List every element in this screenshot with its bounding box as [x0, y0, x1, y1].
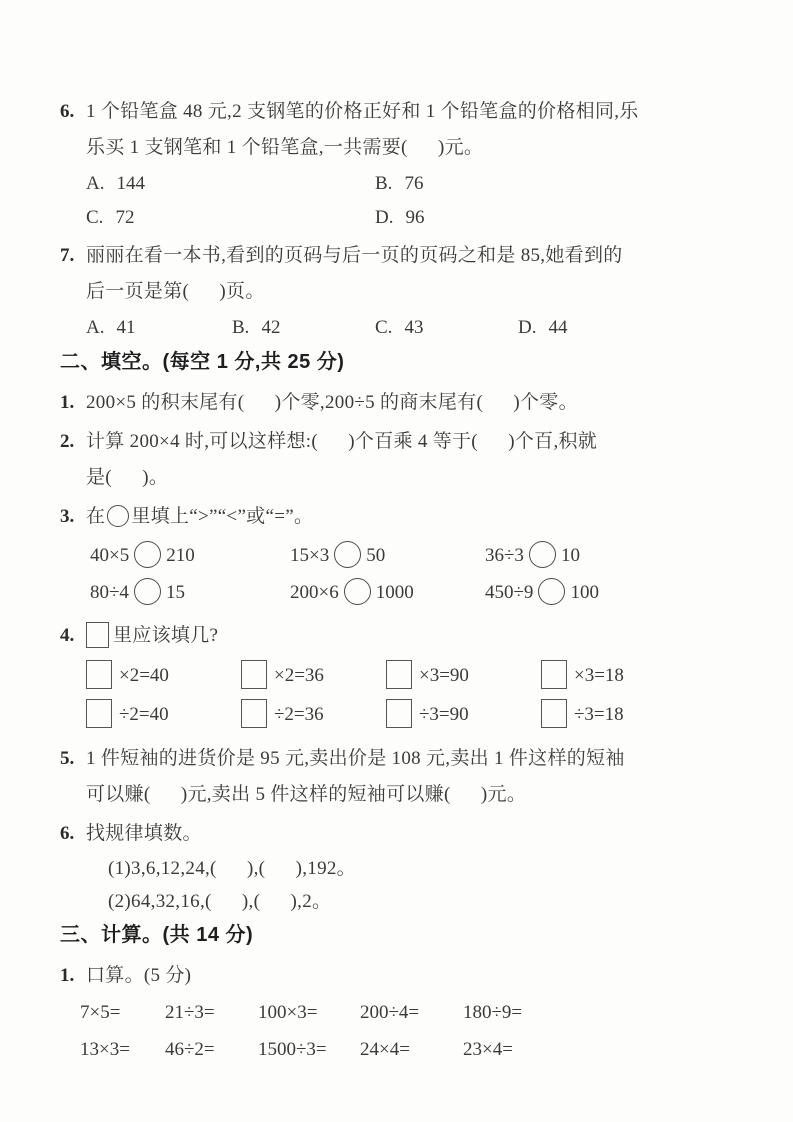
option-value: 42 [261, 317, 280, 338]
option-label: B. [232, 317, 249, 338]
question-text-line: 在里填上“>”“<”或“=”。 [86, 499, 723, 535]
left-expression: 15×3 [290, 545, 329, 566]
left-expression: 450÷9 [485, 582, 533, 603]
question-body: 里应该填几?×2=40×2=36×3=90×3=18÷2=40÷2=36÷3=9… [86, 618, 723, 738]
question-body: 口算。(5 分)7×5=21÷3=100×3=200÷4=180÷9=13×3=… [86, 958, 723, 1068]
calc-question-list: 1.口算。(5 分)7×5=21÷3=100×3=200÷4=180÷9=13×… [60, 958, 723, 1068]
question-body: 丽丽在看一本书,看到的页码与后一页的页码之和是 85,她看到的后一页是第( )页… [86, 238, 723, 345]
question-body: 计算 200×4 时,可以这样想:( )个百乘 4 等于( )个百,积就是( )… [86, 424, 723, 496]
left-expression: 36÷3 [485, 545, 524, 566]
question-body: 1 件短袖的进货价是 95 元,卖出价是 108 元,卖出 1 件这样的短袖可以… [86, 741, 723, 813]
fill-question: 2.计算 200×4 时,可以这样想:( )个百乘 4 等于( )个百,积就是(… [60, 424, 723, 496]
fill-box-icon [86, 622, 109, 648]
comparison-circle-icon [107, 505, 129, 527]
option-label: C. [375, 317, 392, 338]
arithmetic-expression: 100×3= [258, 994, 360, 1031]
question-number: 2. [60, 424, 86, 496]
question-text-line: 丽丽在看一本书,看到的页码与后一页的页码之和是 85,她看到的 [86, 238, 723, 274]
worksheet-page: 6.1 个铅笔盒 48 元,2 支钢笔的价格正好和 1 个铅笔盒的价格相同,乐乐… [0, 0, 793, 1122]
comparison-item: 200×61000 [290, 574, 485, 611]
question-number: 4. [60, 618, 86, 738]
question-text-line: 是( )。 [86, 460, 723, 496]
fill-box-item: ×2=40 [86, 656, 241, 695]
question-number: 6. [60, 816, 86, 918]
option-label: A. [86, 173, 104, 194]
option-value: 76 [404, 173, 423, 194]
option: C.72 [86, 201, 375, 235]
comparison-item: 450÷9100 [485, 574, 723, 611]
option-label: C. [86, 207, 103, 228]
arithmetic-expression: 21÷3= [165, 994, 258, 1031]
header-pre-text: 在 [86, 506, 105, 527]
fill-question: 1.200×5 的积末尾有( )个零,200÷5 的商末尾有( )个零。 [60, 385, 723, 421]
fill-box-grid: ×2=40×2=36×3=90×3=18÷2=40÷2=36÷3=90÷3=18 [86, 656, 723, 734]
option-value: 43 [404, 317, 423, 338]
comparison-item: 40×5210 [90, 537, 290, 574]
equation-text: ×2=40 [119, 665, 169, 686]
question-text-line: 1 件短袖的进货价是 95 元,卖出价是 108 元,卖出 1 件这样的短袖 [86, 741, 723, 777]
choice-question: 7.丽丽在看一本书,看到的页码与后一页的页码之和是 85,她看到的后一页是第( … [60, 238, 723, 345]
question-body: 找规律填数。(1)3,6,12,24,( ),( ),192。(2)64,32,… [86, 816, 723, 918]
fill-box-icon [86, 660, 112, 689]
question-body: 1 个铅笔盒 48 元,2 支钢笔的价格正好和 1 个铅笔盒的价格相同,乐乐买 … [86, 94, 723, 235]
right-value: 100 [570, 582, 599, 603]
question-number: 3. [60, 499, 86, 615]
comparison-circle-icon [134, 578, 161, 605]
fill-question: 5.1 件短袖的进货价是 95 元,卖出价是 108 元,卖出 1 件这样的短袖… [60, 741, 723, 813]
fill-box-item: ×3=18 [541, 656, 723, 695]
question-body: 200×5 的积末尾有( )个零,200÷5 的商末尾有( )个零。 [86, 385, 723, 421]
equation-text: ×3=90 [419, 665, 469, 686]
arithmetic-expression: 13×3= [80, 1031, 165, 1068]
option: C.43 [375, 311, 518, 345]
arithmetic-expression: 180÷9= [463, 994, 723, 1031]
fill-section-heading: 二、填空。(每空 1 分,共 25 分) [60, 349, 723, 375]
option-label: B. [375, 173, 392, 194]
comparison-item: 80÷415 [90, 574, 290, 611]
right-value: 10 [561, 545, 580, 566]
option: B.42 [232, 311, 375, 345]
option: D.96 [375, 201, 723, 235]
fill-box-icon [386, 660, 412, 689]
arithmetic-expression: 7×5= [80, 994, 165, 1031]
fill-question: 4.里应该填几?×2=40×2=36×3=90×3=18÷2=40÷2=36÷3… [60, 618, 723, 738]
arithmetic-expression: 23×4= [463, 1031, 723, 1068]
fill-question: 3.在里填上“>”“<”或“=”。40×521015×35036÷31080÷4… [60, 499, 723, 615]
question-text-line: 后一页是第( )页。 [86, 274, 723, 310]
options-row: A.144B.76C.72D.96 [86, 167, 723, 235]
option-label: D. [518, 317, 536, 338]
equation-text: ×2=36 [274, 665, 324, 686]
arithmetic-expression: 1500÷3= [258, 1031, 360, 1068]
question-number: 6. [60, 94, 86, 235]
comparison-circle-icon [529, 541, 556, 568]
comparison-circle-icon [334, 541, 361, 568]
comparison-circle-icon [344, 578, 371, 605]
fill-question-list: 1.200×5 的积末尾有( )个零,200÷5 的商末尾有( )个零。2.计算… [60, 385, 723, 918]
right-value: 1000 [376, 582, 414, 603]
options-row: A.41B.42C.43D.44 [86, 311, 723, 345]
fill-box-icon [86, 699, 112, 728]
fill-box-icon [241, 699, 267, 728]
question-text-line: 200×5 的积末尾有( )个零,200÷5 的商末尾有( )个零。 [86, 385, 723, 421]
option: A.41 [86, 311, 232, 345]
arithmetic-expression: 200÷4= [360, 994, 463, 1031]
right-value: 50 [366, 545, 385, 566]
left-expression: 80÷4 [90, 582, 129, 603]
question-body: 在里填上“>”“<”或“=”。40×521015×35036÷31080÷415… [86, 499, 723, 615]
question-text-line: 找规律填数。 [86, 816, 723, 852]
choice-question-list: 6.1 个铅笔盒 48 元,2 支钢笔的价格正好和 1 个铅笔盒的价格相同,乐乐… [60, 94, 723, 345]
option-value: 44 [548, 317, 567, 338]
oral-arithmetic-grid: 7×5=21÷3=100×3=200÷4=180÷9=13×3=46÷2=150… [80, 994, 723, 1068]
arithmetic-expression: 46÷2= [165, 1031, 258, 1068]
question-text-line: 口算。(5 分) [86, 958, 723, 994]
comparison-circle-icon [538, 578, 565, 605]
question-text-line: 计算 200×4 时,可以这样想:( )个百乘 4 等于( )个百,积就 [86, 424, 723, 460]
option-value: 72 [115, 207, 134, 228]
option-value: 144 [116, 173, 145, 194]
left-expression: 40×5 [90, 545, 129, 566]
right-value: 210 [166, 545, 195, 566]
equation-text: ×3=18 [574, 665, 624, 686]
fill-box-icon [241, 660, 267, 689]
comparison-item: 36÷310 [485, 537, 723, 574]
option-label: A. [86, 317, 104, 338]
question-number: 5. [60, 741, 86, 813]
question-text-line: 里应该填几? [86, 618, 723, 654]
option-label: D. [375, 207, 393, 228]
fill-box-item: ÷3=90 [386, 695, 541, 734]
comparison-circle-icon [134, 541, 161, 568]
fill-box-icon [541, 660, 567, 689]
calc-question: 1.口算。(5 分)7×5=21÷3=100×3=200÷4=180÷9=13×… [60, 958, 723, 1068]
page-content: 6.1 个铅笔盒 48 元,2 支钢笔的价格正好和 1 个铅笔盒的价格相同,乐乐… [60, 94, 723, 1071]
fill-box-icon [541, 699, 567, 728]
option: A.144 [86, 167, 375, 201]
calc-section-heading: 三、计算。(共 14 分) [60, 922, 723, 948]
fill-box-icon [386, 699, 412, 728]
arithmetic-expression: 24×4= [360, 1031, 463, 1068]
fill-question: 6.找规律填数。(1)3,6,12,24,( ),( ),192。(2)64,3… [60, 816, 723, 918]
right-value: 15 [166, 582, 185, 603]
equation-text: ÷2=36 [274, 704, 324, 725]
fill-box-item: ÷2=40 [86, 695, 241, 734]
question-number: 1. [60, 385, 86, 421]
fill-box-item: ×3=90 [386, 656, 541, 695]
question-number: 7. [60, 238, 86, 345]
choice-question: 6.1 个铅笔盒 48 元,2 支钢笔的价格正好和 1 个铅笔盒的价格相同,乐乐… [60, 94, 723, 235]
comparison-item: 15×350 [290, 537, 485, 574]
option-value: 41 [116, 317, 135, 338]
option: D.44 [518, 311, 723, 345]
equation-text: ÷2=40 [119, 704, 169, 725]
option: B.76 [375, 167, 723, 201]
header-post-text: 里应该填几? [113, 625, 218, 646]
comparison-grid: 40×521015×35036÷31080÷415200×61000450÷91… [86, 537, 723, 611]
question-text-line: 可以赚( )元,卖出 5 件这样的短袖可以赚( )元。 [86, 777, 723, 813]
question-text-line: 1 个铅笔盒 48 元,2 支钢笔的价格正好和 1 个铅笔盒的价格相同,乐 [86, 94, 723, 130]
option-value: 96 [405, 207, 424, 228]
equation-text: ÷3=18 [574, 704, 624, 725]
header-post-text: 里填上“>”“<”或“=”。 [131, 506, 313, 527]
pattern-sequence-line: (1)3,6,12,24,( ),( ),192。 [86, 852, 723, 885]
left-expression: 200×6 [290, 582, 339, 603]
fill-box-item: ÷3=18 [541, 695, 723, 734]
question-text-line: 乐买 1 支钢笔和 1 个铅笔盒,一共需要( )元。 [86, 130, 723, 166]
equation-text: ÷3=90 [419, 704, 469, 725]
fill-box-item: ÷2=36 [241, 695, 386, 734]
fill-box-item: ×2=36 [241, 656, 386, 695]
pattern-sequence-line: (2)64,32,16,( ),( ),2。 [86, 885, 723, 918]
